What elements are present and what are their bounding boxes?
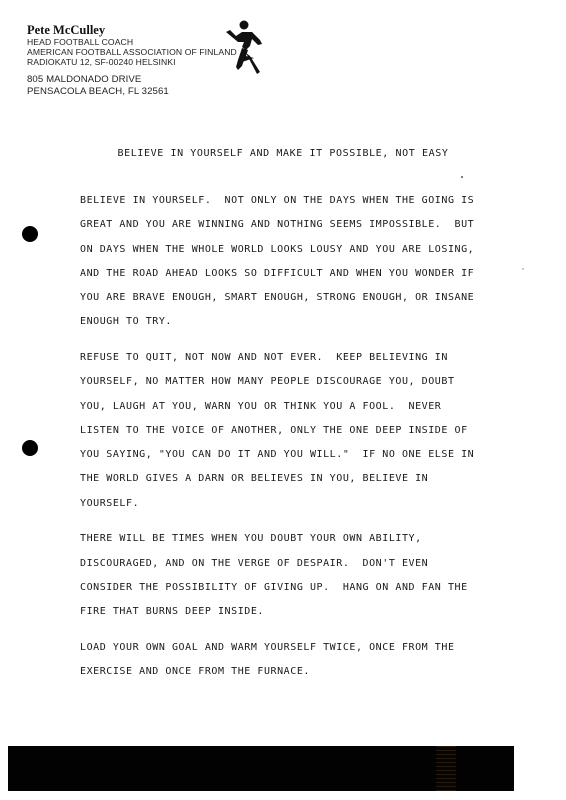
- paragraph-1: BELIEVE IN YOURSELF. NOT ONLY ON THE DAY…: [80, 192, 520, 330]
- sender-org-address: RADIOKATU 12, SF-00240 HELSINKI: [27, 57, 237, 67]
- text-line: YOURSELF, NO MATTER HOW MANY PEOPLE DISC…: [80, 373, 520, 390]
- paragraph-4: LOAD YOUR OWN GOAL AND WARM YOURSELF TWI…: [80, 639, 520, 680]
- text-line: DISCOURAGED, AND ON THE VERGE OF DESPAIR…: [80, 555, 520, 572]
- text-line: FIRE THAT BURNS DEEP INSIDE.: [80, 603, 520, 620]
- text-line: GREAT AND YOU ARE WINNING AND NOTHING SE…: [80, 216, 520, 233]
- address-street: 805 MALDONADO DRIVE: [27, 74, 169, 86]
- letterhead: Pete McCulley HEAD FOOTBALL COACH AMERIC…: [27, 24, 237, 67]
- sender-address: 805 MALDONADO DRIVE PENSACOLA BEACH, FL …: [27, 74, 169, 98]
- text-line: THERE WILL BE TIMES WHEN YOU DOUBT YOUR …: [80, 530, 520, 547]
- scan-edge-bar: [8, 746, 514, 791]
- document-body: BELIEVE IN YOURSELF. NOT ONLY ON THE DAY…: [80, 192, 520, 698]
- punch-hole: [22, 440, 38, 456]
- text-line: REFUSE TO QUIT, NOT NOW AND NOT EVER. KE…: [80, 349, 520, 366]
- paper-speck: [461, 176, 463, 178]
- document-title: BELIEVE IN YOURSELF AND MAKE IT POSSIBLE…: [0, 148, 566, 159]
- sender-name: Pete McCulley: [27, 24, 237, 37]
- text-line: ON DAYS WHEN THE WHOLE WORLD LOOKS LOUSY…: [80, 241, 520, 258]
- text-line: LISTEN TO THE VOICE OF ANOTHER, ONLY THE…: [80, 422, 520, 439]
- punch-hole: [22, 226, 38, 242]
- text-line: YOU ARE BRAVE ENOUGH, SMART ENOUGH, STRO…: [80, 289, 520, 306]
- text-line: YOURSELF.: [80, 495, 520, 512]
- running-figure-icon: [224, 20, 270, 76]
- text-line: THE WORLD GIVES A DARN OR BELIEVES IN YO…: [80, 470, 520, 487]
- paper-speck: [522, 268, 524, 270]
- text-line: CONSIDER THE POSSIBILITY OF GIVING UP. H…: [80, 579, 520, 596]
- paragraph-2: REFUSE TO QUIT, NOT NOW AND NOT EVER. KE…: [80, 349, 520, 512]
- scan-artifact: [436, 746, 456, 791]
- text-line: ENOUGH TO TRY.: [80, 313, 520, 330]
- text-line: LOAD YOUR OWN GOAL AND WARM YOURSELF TWI…: [80, 639, 520, 656]
- text-line: BELIEVE IN YOURSELF. NOT ONLY ON THE DAY…: [80, 192, 520, 209]
- sender-organization: AMERICAN FOOTBALL ASSOCIATION OF FINLAND: [27, 47, 237, 57]
- sender-title: HEAD FOOTBALL COACH: [27, 37, 237, 47]
- text-line: YOU, LAUGH AT YOU, WARN YOU OR THINK YOU…: [80, 398, 520, 415]
- address-city: PENSACOLA BEACH, FL 32561: [27, 86, 169, 98]
- text-line: EXERCISE AND ONCE FROM THE FURNACE.: [80, 663, 520, 680]
- paragraph-3: THERE WILL BE TIMES WHEN YOU DOUBT YOUR …: [80, 530, 520, 620]
- text-line: YOU SAYING, "YOU CAN DO IT AND YOU WILL.…: [80, 446, 520, 463]
- text-line: AND THE ROAD AHEAD LOOKS SO DIFFICULT AN…: [80, 265, 520, 282]
